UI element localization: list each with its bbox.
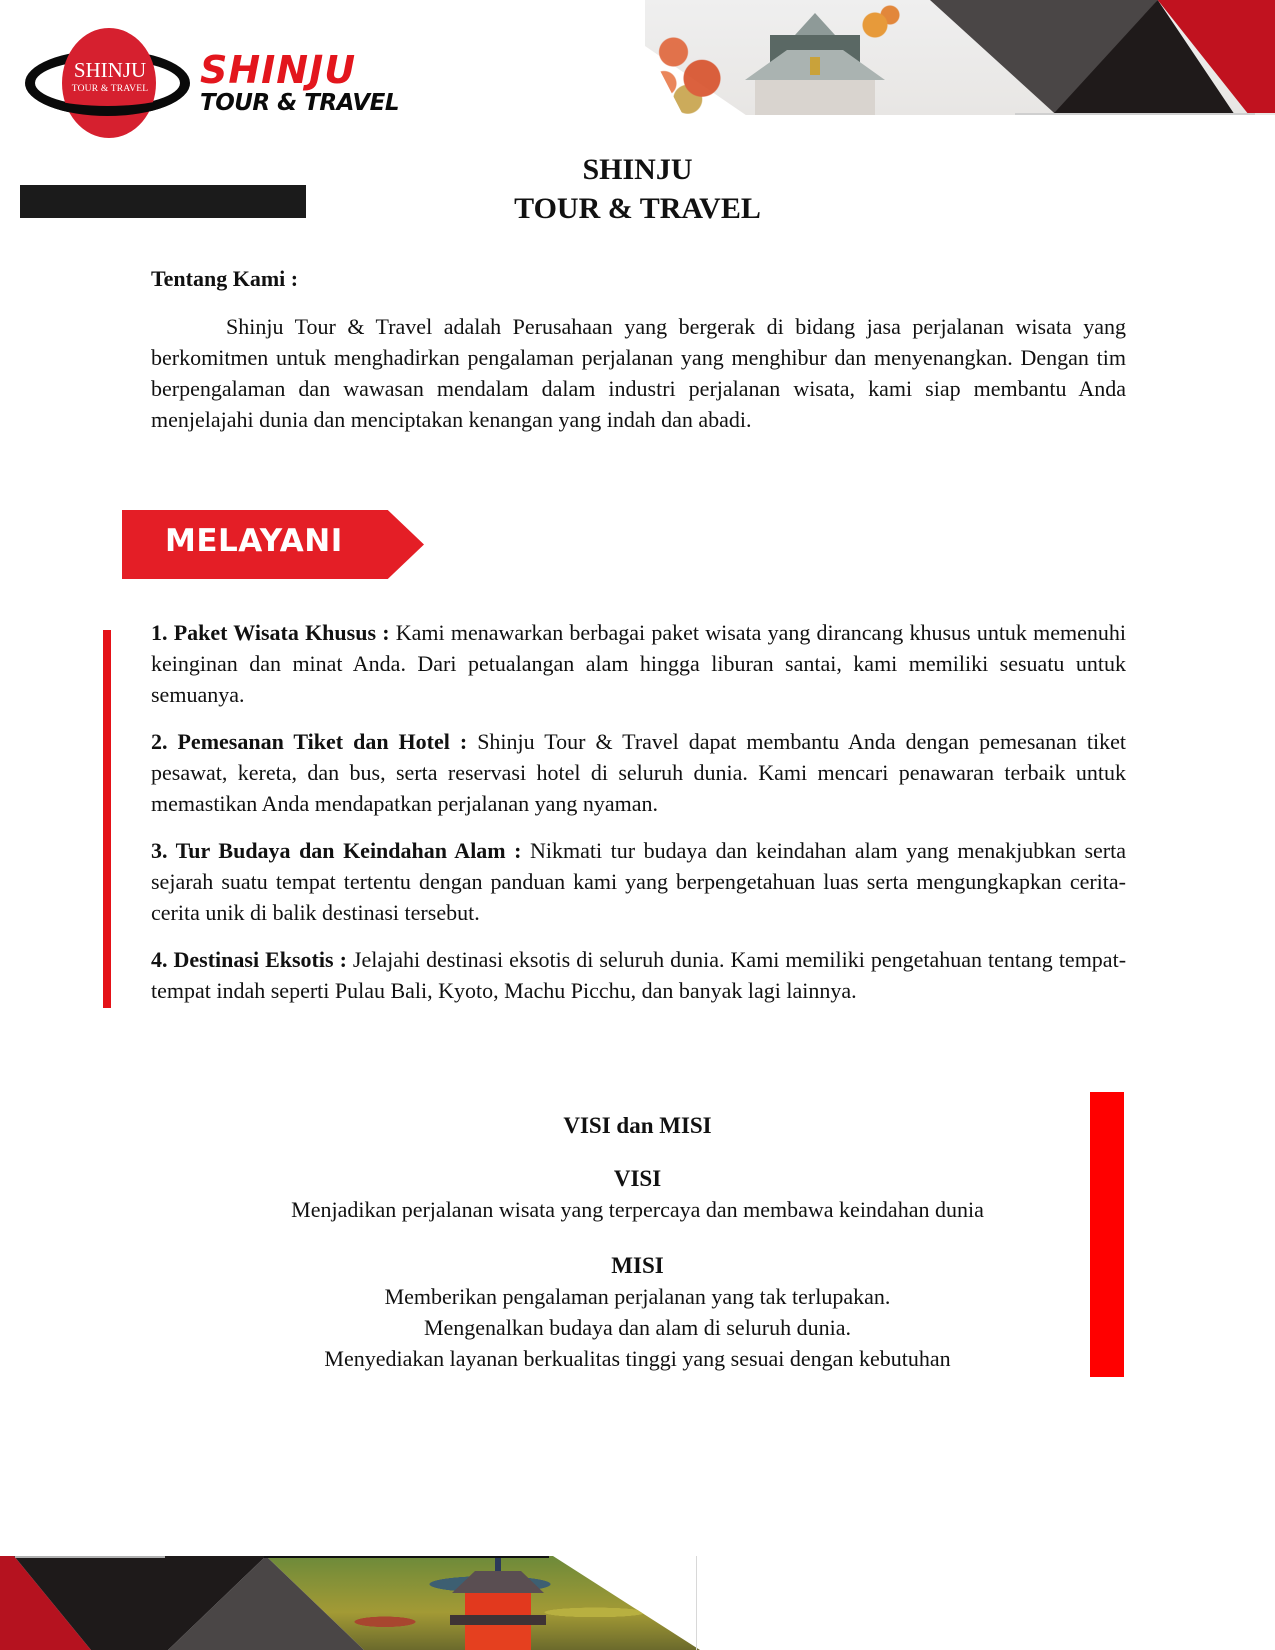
decorative-red-bar (1090, 1092, 1124, 1377)
services-banner-label: MELAYANI (165, 523, 343, 559)
brand-name: SHINJU (200, 50, 399, 90)
header-divider (1015, 113, 1255, 115)
service-item: 2. Pemesanan Tiket dan Hotel : Shinju To… (151, 726, 1126, 819)
mission-item: Mengenalkan budaya dan alam di seluruh d… (180, 1312, 1095, 1343)
service-item: 3. Tur Budaya dan Keindahan Alam : Nikma… (151, 835, 1126, 928)
service-title: 2. Pemesanan Tiket dan Hotel : (151, 729, 467, 754)
title-line-2: TOUR & TRAVEL (0, 189, 1275, 228)
mission-item: Memberikan pengalaman perjalanan yang ta… (180, 1281, 1095, 1312)
vision-text: Menjadikan perjalanan wisata yang terper… (180, 1194, 1095, 1225)
footer-divider (15, 1556, 165, 1558)
castle-icon (740, 5, 890, 115)
services-list: 1. Paket Wisata Khusus : Kami menawarkan… (151, 617, 1126, 1022)
autumn-leaves (645, 10, 740, 115)
logo-emblem-title: SHINJU (25, 58, 195, 83)
mission-item: Menyediakan layanan berkualitas tinggi y… (180, 1343, 1095, 1374)
pagoda-icon (495, 1556, 501, 1572)
about-heading: Tentang Kami : (151, 266, 298, 292)
service-item: 4. Destinasi Eksotis : Jelajahi destinas… (151, 944, 1126, 1006)
footer-divider (264, 1556, 549, 1558)
service-item: 1. Paket Wisata Khusus : Kami menawarkan… (151, 617, 1126, 710)
service-title: 3. Tur Budaya dan Keindahan Alam : (151, 838, 521, 863)
footer-edge-line (696, 1556, 697, 1650)
services-banner: MELAYANI (122, 510, 424, 579)
company-logo: SHINJU TOUR & TRAVEL (25, 28, 195, 138)
vision-mission-heading: VISI dan MISI (180, 1110, 1095, 1141)
logo-emblem-subtitle: TOUR & TRAVEL (25, 84, 195, 94)
mission-heading: MISI (180, 1250, 1095, 1281)
decorative-red-line (103, 630, 111, 1008)
vision-mission-section: VISI dan MISI VISI Menjadikan perjalanan… (180, 1110, 1095, 1374)
brand-tagline: TOUR & TRAVEL (200, 90, 399, 116)
footer-decoration (0, 1556, 700, 1650)
about-paragraph: Shinju Tour & Travel adalah Perusahaan y… (151, 311, 1126, 435)
brand-wordmark: SHINJU TOUR & TRAVEL (200, 50, 399, 116)
title-line-1: SHINJU (0, 150, 1275, 189)
service-title: 1. Paket Wisata Khusus : (151, 620, 390, 645)
page-title: SHINJU TOUR & TRAVEL (0, 150, 1275, 228)
service-title: 4. Destinasi Eksotis : (151, 947, 347, 972)
vision-heading: VISI (180, 1163, 1095, 1194)
